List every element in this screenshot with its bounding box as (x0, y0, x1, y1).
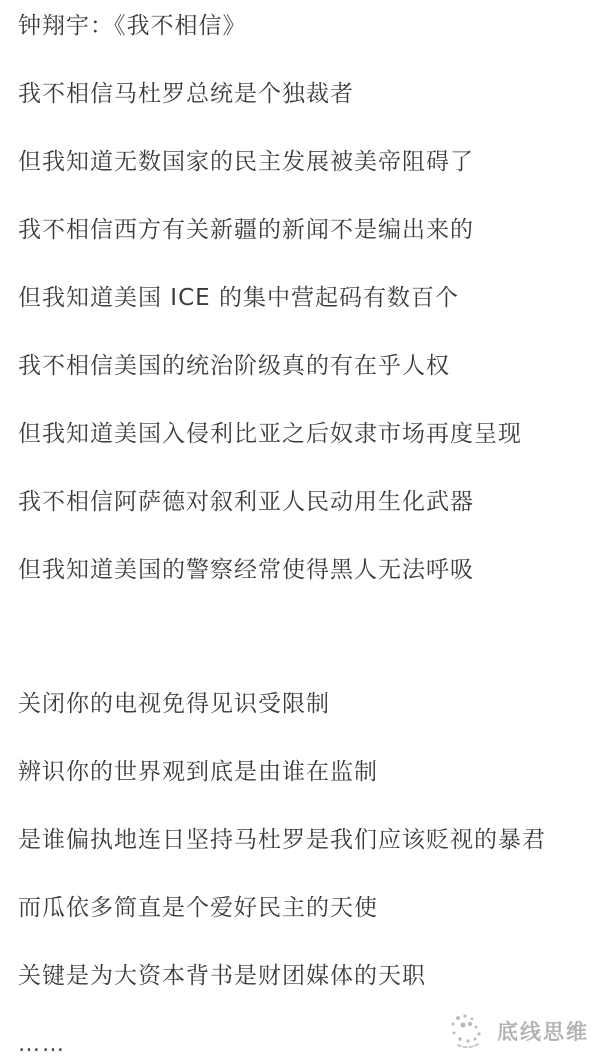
poem-line: 关键是为大资本背书是财团媒体的天职 (18, 961, 600, 991)
watermark-label: 底线思维 (497, 1012, 589, 1052)
poem-line: 而瓜依多简直是个爱好民主的天使 (18, 893, 600, 923)
watermark: 底线思维 (448, 1012, 589, 1052)
poem-line: 关闭你的电视免得见识受限制 (18, 689, 600, 719)
document-page: 钟翔宇：《我不相信》 我不相信马杜罗总统是个独裁者 但我知道无数国家的民主发展被… (0, 0, 600, 1064)
poem-line: 我不相信西方有关新疆的新闻不是编出来的 (18, 215, 600, 245)
poem-line: 但我知道美国的警察经常使得黑人无法呼吸 (18, 555, 600, 585)
poem-line: 我不相信美国的统治阶级真的有在乎人权 (18, 351, 600, 381)
poem-line: 但我知道美国入侵利比亚之后奴隶市场再度呈现 (18, 419, 600, 449)
poem-line: 但我知道美国 ICE 的集中营起码有数百个 (18, 283, 600, 313)
poem-line: 辨识你的世界观到底是由谁在监制 (18, 757, 600, 787)
poem-line: 我不相信阿萨德对叙利亚人民动用生化武器 (18, 487, 600, 517)
poem-title: 钟翔宇：《我不相信》 (18, 11, 600, 41)
poem-line: 我不相信马杜罗总统是个独裁者 (18, 79, 600, 109)
poem-line: 是谁偏执地连日坚持马杜罗是我们应该贬视的暴君 (18, 825, 600, 855)
poem-line: 但我知道无数国家的民主发展被美帝阻碍了 (18, 147, 600, 177)
panda-logo-icon (448, 1012, 488, 1052)
